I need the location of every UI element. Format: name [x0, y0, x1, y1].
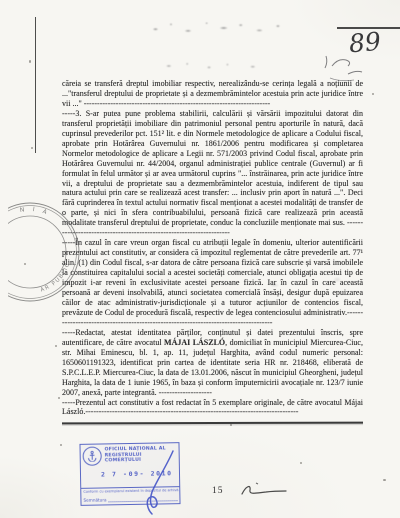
paragraph-exemplare: -----Prezentul act constitutiv a fost re… [62, 398, 363, 418]
scan-speck [55, 345, 57, 347]
paragraph-3-impozit: -----3. S-ar putea pune problema stabili… [62, 109, 363, 238]
paragraph-organ-fiscal: -----În cazul în care vreun organ fiscal… [62, 238, 363, 328]
paragraph-redactat: -----Redactat, atestat identitatea părți… [62, 328, 363, 398]
notary-seal-stamp: N I A AR PUBLIC [8, 196, 94, 308]
scan-speck [58, 397, 60, 399]
ink-smudge-top [140, 16, 295, 40]
seal-arc-text-top: N I A [19, 206, 50, 217]
signature-label: Semnătura [83, 497, 106, 502]
scan-speck [300, 462, 302, 464]
scan-speck [372, 93, 374, 95]
left-margin-line [35, 17, 36, 153]
scan-speck [29, 60, 31, 63]
stamp-signature [128, 443, 188, 518]
scan-speck [60, 444, 62, 446]
page-number: 15 [212, 486, 224, 496]
scan-speck [383, 479, 386, 481]
lawyer-name: MÁJAI LÁSZLÓ [164, 338, 225, 347]
paragraph-transfer: căreia se transferă dreptul imobiliar re… [62, 79, 363, 109]
ink-smudge-second [155, 59, 270, 73]
document-text: căreia se transferă dreptul imobiliar re… [62, 79, 363, 424]
svg-text:N I A: N I A [19, 206, 50, 217]
scan-speck [230, 424, 232, 426]
registry-logo-anchor-icon [83, 446, 102, 465]
page-number-scribble [236, 480, 296, 502]
closing-rule [62, 422, 363, 424]
scan-speck [31, 147, 33, 149]
scanned-document-page: 89 căreia se transferă dreptul imobiliar… [0, 0, 400, 518]
